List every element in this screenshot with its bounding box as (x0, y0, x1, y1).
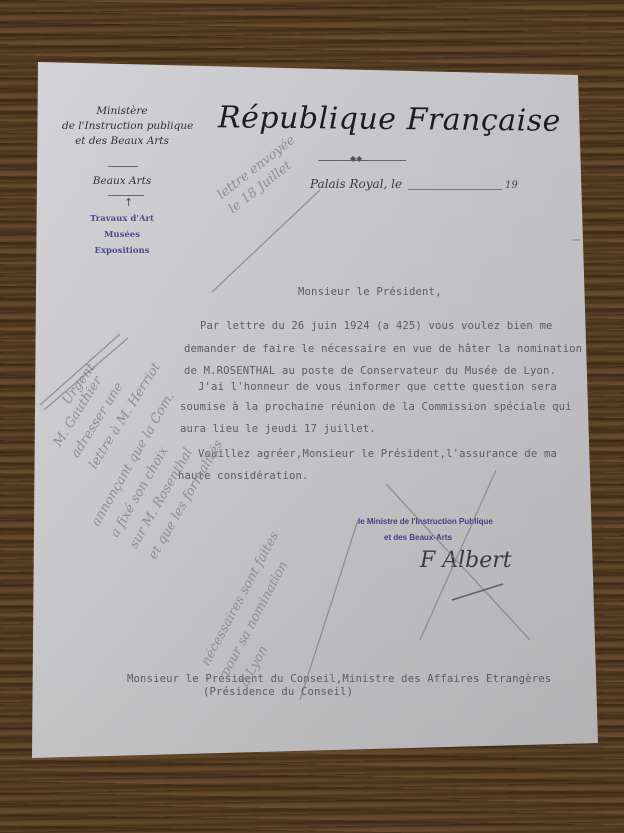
diagonal-pencil-line (300, 520, 358, 700)
pencil-strokes (0, 0, 624, 833)
cross-mark-line (386, 484, 530, 640)
strike-line (40, 334, 120, 405)
diagonal-pencil-line (212, 190, 320, 292)
signature-underline (452, 584, 503, 600)
cross-mark-line (420, 470, 496, 640)
strike-line (44, 338, 128, 410)
